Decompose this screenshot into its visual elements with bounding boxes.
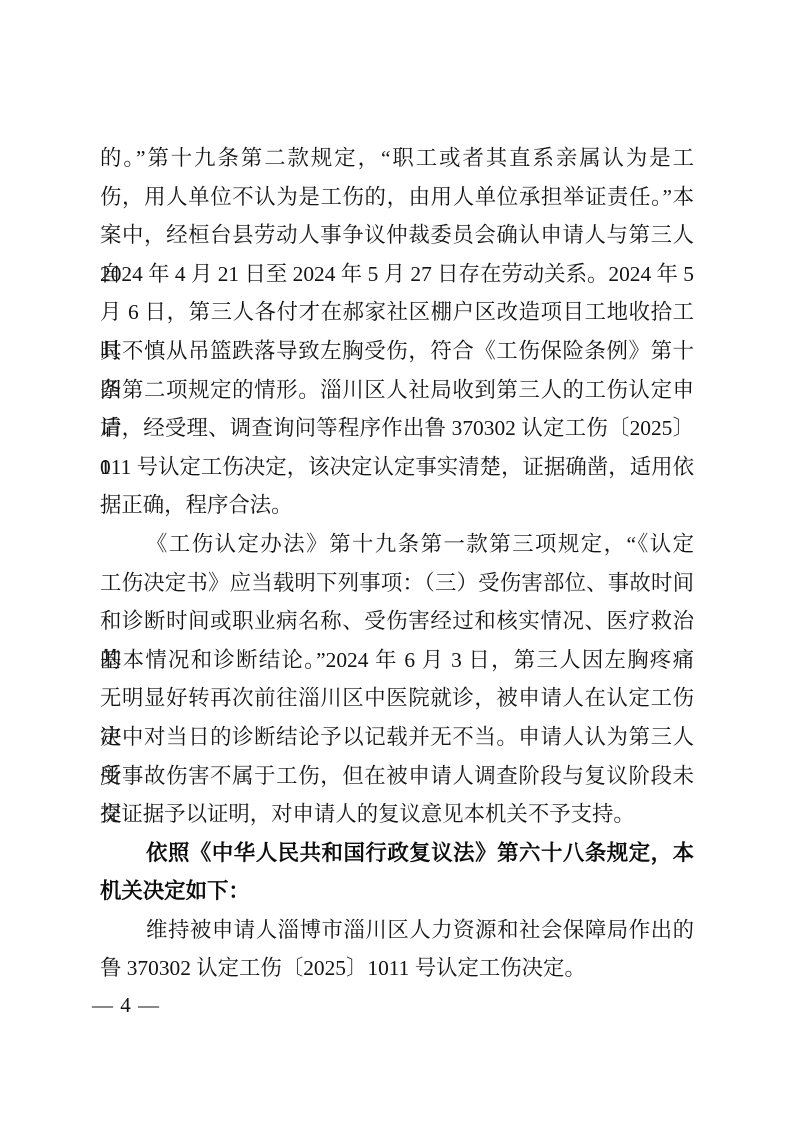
paragraph-line: 据正确，程序合法。 <box>100 486 694 525</box>
paragraph-line: 受事故伤害不属于工伤，但在被申请人调查阶段与复议阶段未提 <box>100 757 694 796</box>
paragraph-line: 条第二项规定的情形。淄川区人社局收到第三人的工伤认定申请 <box>100 371 694 410</box>
paragraph-line: 《工伤认定办法》第十九条第一款第三项规定，“《认定 <box>100 525 694 564</box>
document-page: 的。”第十九条第二款规定，“职工或者其直系亲属认为是工 伤，用人单位不认为是工伤… <box>0 0 794 1123</box>
paragraph-line: 的。”第十九条第二款规定，“职工或者其直系亲属认为是工 <box>100 139 694 178</box>
paragraph-line: 工伤决定书》应当载明下列事项：（三）受伤害部位、事故时间 <box>100 564 694 603</box>
decision-basis-line: 依照《中华人民共和国行政复议法》第六十八条规定，本 <box>100 834 694 873</box>
paragraph-line: 交证据予以证明，对申请人的复议意见本机关不予支持。 <box>100 795 694 834</box>
paragraph-line: 011 号认定工伤决定，该决定认定事实清楚，证据确凿，适用依 <box>100 448 694 487</box>
paragraph-line: 时不慎从吊篮跌落导致左胸受伤，符合《工伤保险条例》第十四 <box>100 332 694 371</box>
paragraph-line: 伤，用人单位不认为是工伤的，由用人单位承担举证责任。”本 <box>100 178 694 217</box>
document-body: 的。”第十九条第二款规定，“职工或者其直系亲属认为是工 伤，用人单位不认为是工伤… <box>100 139 694 988</box>
decision-result-line: 维持被申请人淄博市淄川区人力资源和社会保障局作出的 <box>100 911 694 950</box>
paragraph-line: 无明显好转再次前往淄川区中医院就诊，被申请人在认定工伤决 <box>100 679 694 718</box>
paragraph-line: 定中对当日的诊断结论予以记载并无不当。申请人认为第三人所 <box>100 718 694 757</box>
decision-result-line: 鲁 370302 认定工伤〔2025〕1011 号认定工伤决定。 <box>100 949 694 988</box>
paragraph-line: 案中，经桓台县劳动人事争议仲裁委员会确认申请人与第三人自 <box>100 216 694 255</box>
paragraph-line: 月 6 日，第三人各付才在郝家社区棚户区改造项目工地收拾工具 <box>100 293 694 332</box>
paragraph-line: 基本情况和诊断结论。”2024 年 6 月 3 日，第三人因左胸疼痛 <box>100 641 694 680</box>
paragraph-line: 2024 年 4 月 21 日至 2024 年 5 月 27 日存在劳动关系。2… <box>100 255 694 294</box>
decision-basis-line: 机关决定如下： <box>100 872 694 911</box>
paragraph-line: 后，经受理、调查询问等程序作出鲁 370302 认定工伤〔2025〕1 <box>100 409 694 448</box>
paragraph-line: 和诊断时间或职业病名称、受伤害经过和核实情况、医疗救治的 <box>100 602 694 641</box>
page-number: — 4 — <box>92 986 160 1025</box>
